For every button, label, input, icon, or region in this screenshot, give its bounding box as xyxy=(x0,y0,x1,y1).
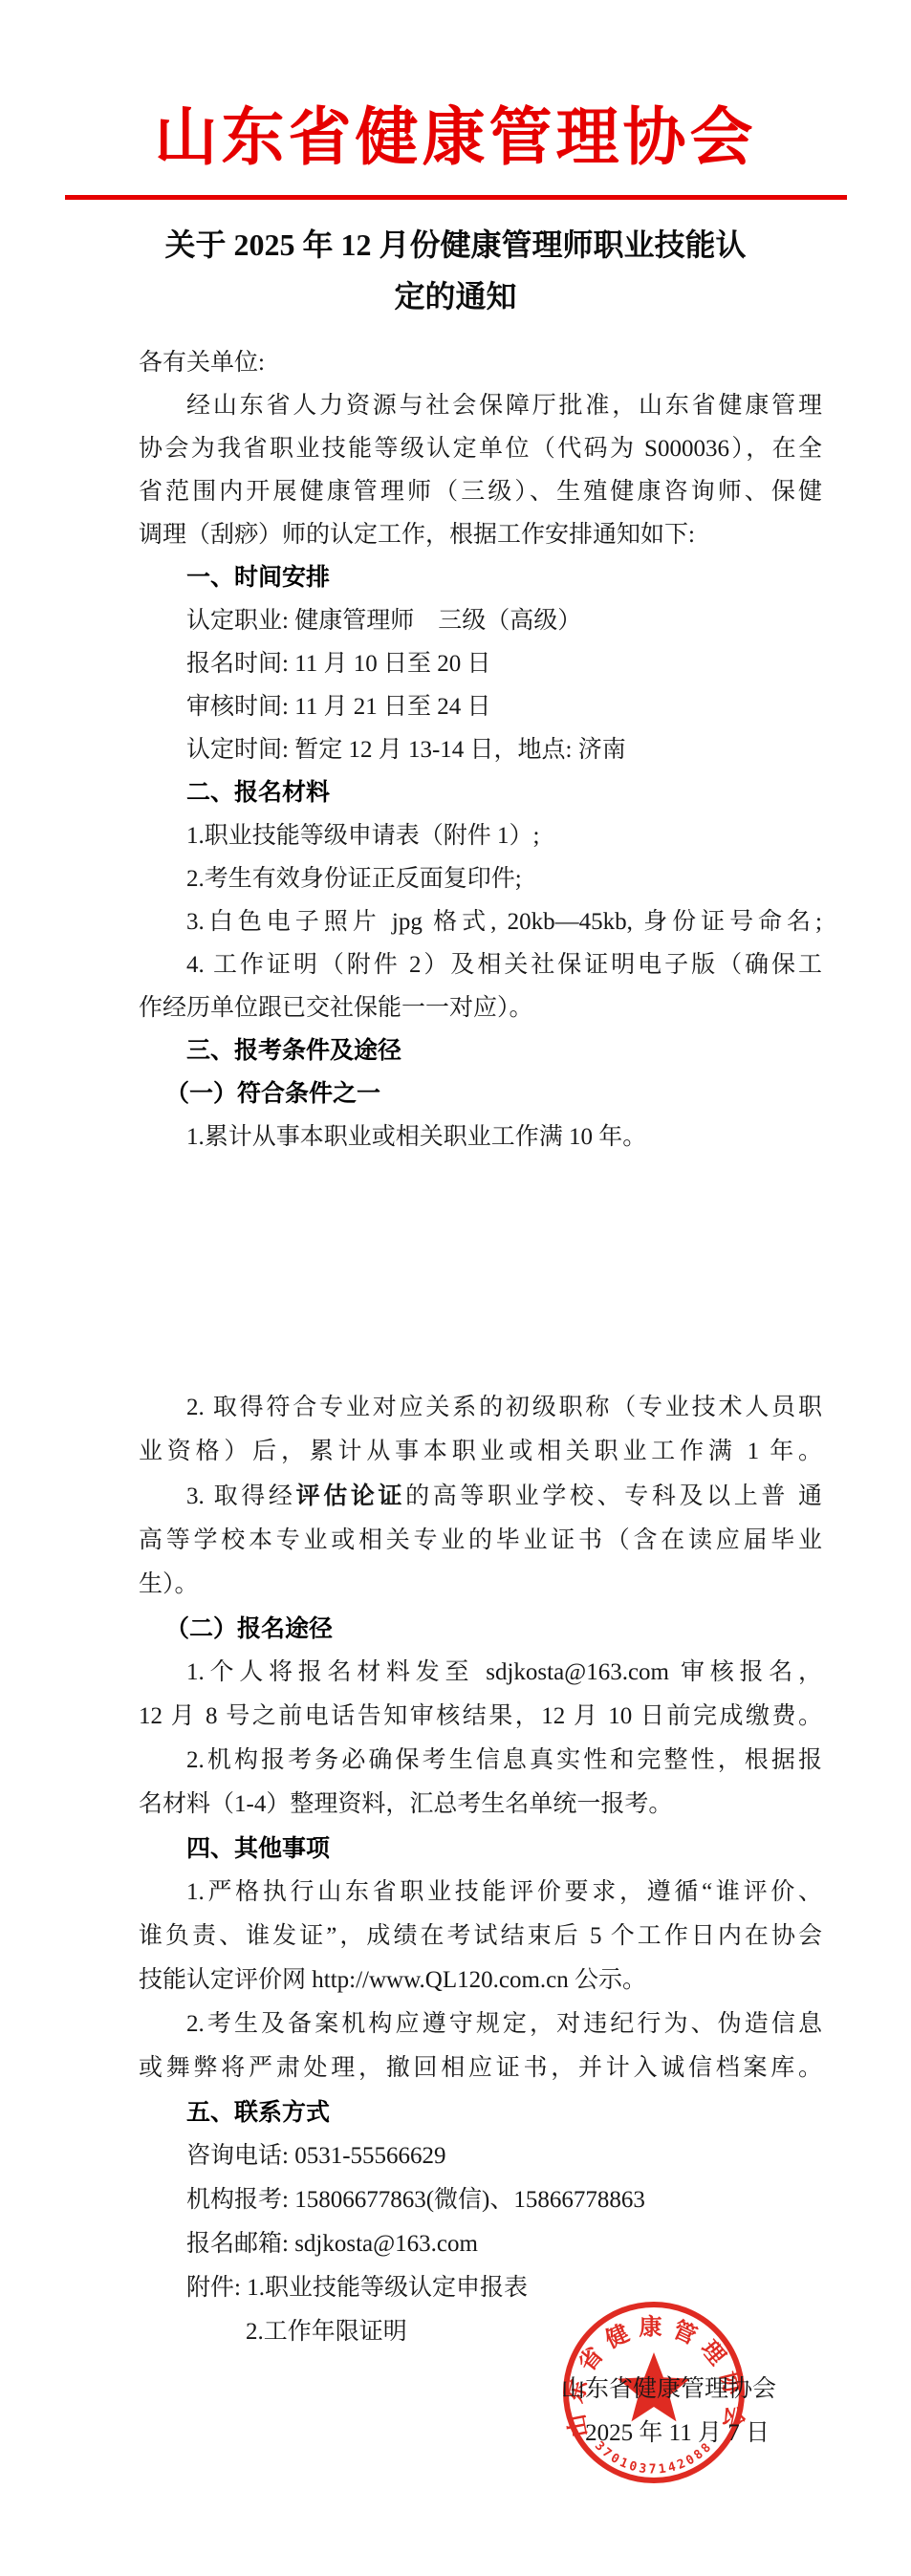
header-divider-line xyxy=(65,195,847,200)
doc-line: 审核时间: 11 月 21 日至 24 日 xyxy=(139,685,822,728)
doc-title-line1: 关于 2025 年 12 月份健康管理师职业技能认 xyxy=(0,219,911,271)
signature-date: 2025 年 11 月 7 日 xyxy=(139,2412,822,2456)
doc-line: 名材料（1-4）整理资料，汇总考生名单统一报考。 xyxy=(139,1783,822,1827)
doc-line: 1.职业技能等级申请表（附件 1）; xyxy=(139,814,822,857)
doc-line: 五、联系方式 xyxy=(139,2090,822,2134)
doc-line: 12 月 8 号之前电话告知审核结果，12 月 10 日前完成缴费。 xyxy=(139,1695,822,1739)
doc-line: 认定时间: 暂定 12 月 13-14 日，地点: 济南 xyxy=(139,728,822,771)
doc-line: 业资格）后，累计从事本职业或相关职业工作满 1 年。 xyxy=(139,1430,822,1474)
doc-line: 谁负责、谁发证”，成绩在考试结束后 5 个工作日内在协会 xyxy=(139,1915,822,1959)
doc-line: 高等学校本专业或相关专业的毕业证书（含在读应届毕业 xyxy=(139,1519,822,1563)
doc-line: 2.考生及备案机构应遵守规定，对违纪行为、伪造信息 xyxy=(139,2002,822,2046)
doc-line: 生）。 xyxy=(139,1563,822,1607)
doc-line: 2.机构报考务必确保考生信息真实性和完整性，根据报 xyxy=(139,1739,822,1783)
doc-line: （二）报名途径 xyxy=(139,1607,822,1651)
doc-line: 认定职业: 健康管理师 三级（高级） xyxy=(139,599,822,642)
doc-line: 4. 工作证明（附件 2）及相关社保证明电子版（确保工 xyxy=(139,943,822,986)
doc-line: 2. 取得符合专业对应关系的初级职称（专业技术人员职 xyxy=(139,1386,822,1430)
notice-page: { "page": { "accent_red": "#e60000", "st… xyxy=(0,0,911,2576)
doc-line: 咨询电话: 0531-55566629 xyxy=(139,2134,822,2178)
doc-line: 二、报名材料 xyxy=(139,771,822,814)
doc-line: 机构报考: 15806677863(微信)、15866778863 xyxy=(139,2178,822,2222)
doc-title: 关于 2025 年 12 月份健康管理师职业技能认 定的通知 xyxy=(0,219,911,322)
doc-line: 四、其他事项 xyxy=(139,1827,822,1871)
doc-line: 经山东省人力资源与社会保障厅批准，山东省健康管理 xyxy=(139,384,822,427)
doc-line: 3. 取得经评估论证的高等职业学校、专科及以上普 通 xyxy=(139,1474,822,1519)
doc-line: 协会为我省职业技能等级认定单位（代码为 S000036），在全 xyxy=(139,427,822,470)
doc-line: 作经历单位跟已交社保能一一对应）。 xyxy=(139,986,822,1029)
doc-line: 三、报考条件及途径 xyxy=(139,1029,822,1072)
doc-line: 1.累计从事本职业或相关职业工作满 10 年。 xyxy=(139,1115,822,1158)
doc-line: 一、时间安排 xyxy=(139,556,822,599)
doc-line: 报名时间: 11 月 10 日至 20 日 xyxy=(139,642,822,685)
doc-body: 各有关单位:经山东省人力资源与社会保障厅批准，山东省健康管理协会为我省职业技能等… xyxy=(139,341,822,2456)
doc-line: （一）符合条件之一 xyxy=(139,1072,822,1115)
doc-lines: 各有关单位:经山东省人力资源与社会保障厅批准，山东省健康管理协会为我省职业技能等… xyxy=(139,341,822,2354)
doc-line: 各有关单位: xyxy=(139,341,822,384)
doc-line: 技能认定评价网 http://www.QL120.com.cn 公示。 xyxy=(139,1959,822,2002)
doc-line: 3.白色电子照片 jpg 格式, 20kb—45kb, 身份证号命名; xyxy=(139,900,822,943)
doc-line: 2.考生有效身份证正反面复印件; xyxy=(139,857,822,900)
doc-line: 1.严格执行山东省职业技能评价要求，遵循“谁评价、 xyxy=(139,1871,822,1915)
doc-line: 1.个人将报名材料发至 sdjkosta@163.com 审核报名， xyxy=(139,1651,822,1695)
doc-line: 报名邮箱: sdjkosta@163.com xyxy=(139,2222,822,2266)
signature-block: 山东省健康管理协会 2025 年 11 月 7 日 xyxy=(139,2368,822,2456)
doc-line: 调理（刮痧）师的认定工作，根据工作安排通知如下: xyxy=(139,513,822,556)
doc-line: 或舞弊将严肃处理，撤回相应证书，并计入诚信档案库。 xyxy=(139,2046,822,2090)
doc-line: 省范围内开展健康管理师（三级）、生殖健康咨询师、保健 xyxy=(139,470,822,513)
org-header-title: 山东省健康管理协会 xyxy=(0,0,911,180)
signature-org: 山东省健康管理协会 xyxy=(139,2368,822,2412)
doc-title-line2: 定的通知 xyxy=(0,271,911,322)
